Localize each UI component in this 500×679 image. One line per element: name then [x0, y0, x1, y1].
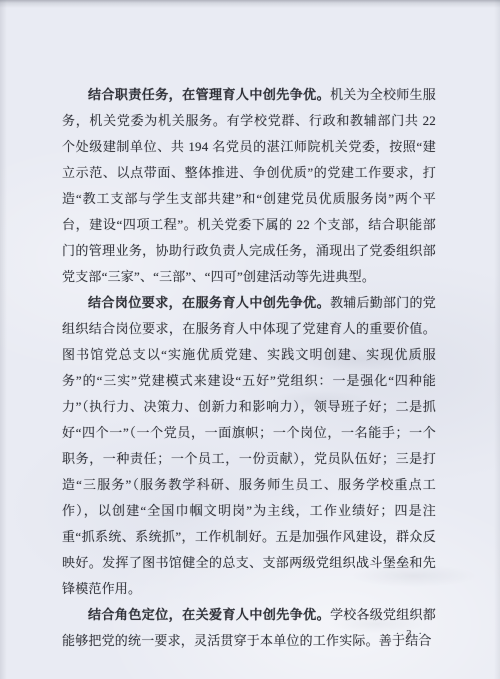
- paragraph-role-positioning: 结合角色定位，在关爱育人中创先争优。学校各级党组织都能够把党的统一要求，灵活贯穿…: [62, 602, 436, 654]
- paragraph-text: 机关为全校师生服务，机关党委为机关服务。有学校党群、行政和教辅部门共 22 个处…: [62, 87, 436, 284]
- paragraph-lead: 结合职责任务，在管理育人中创先争优。: [88, 87, 330, 102]
- paragraph-post-requirements: 结合岗位要求，在服务育人中创先争优。教辅后勤部门的党组织结合岗位要求，在服务育人…: [62, 290, 436, 602]
- paragraph-lead: 结合岗位要求，在服务育人中创先争优。: [88, 295, 330, 310]
- paragraph-duty-tasks: 结合职责任务，在管理育人中创先争优。机关为全校师生服务，机关党委为机关服务。有学…: [62, 82, 436, 290]
- paragraph-lead: 结合角色定位，在关爱育人中创先争优。: [88, 607, 330, 622]
- scanned-document-page: 结合职责任务，在管理育人中创先争优。机关为全校师生服务，机关党委为机关服务。有学…: [0, 0, 500, 679]
- paragraph-text: 教辅后勤部门的党组织结合岗位要求，在服务育人中体现了党建育人的重要价值。图书馆党…: [62, 295, 436, 596]
- page-number: · 3 ·: [396, 628, 424, 640]
- document-body: 结合职责任务，在管理育人中创先争优。机关为全校师生服务，机关党委为机关服务。有学…: [62, 82, 436, 654]
